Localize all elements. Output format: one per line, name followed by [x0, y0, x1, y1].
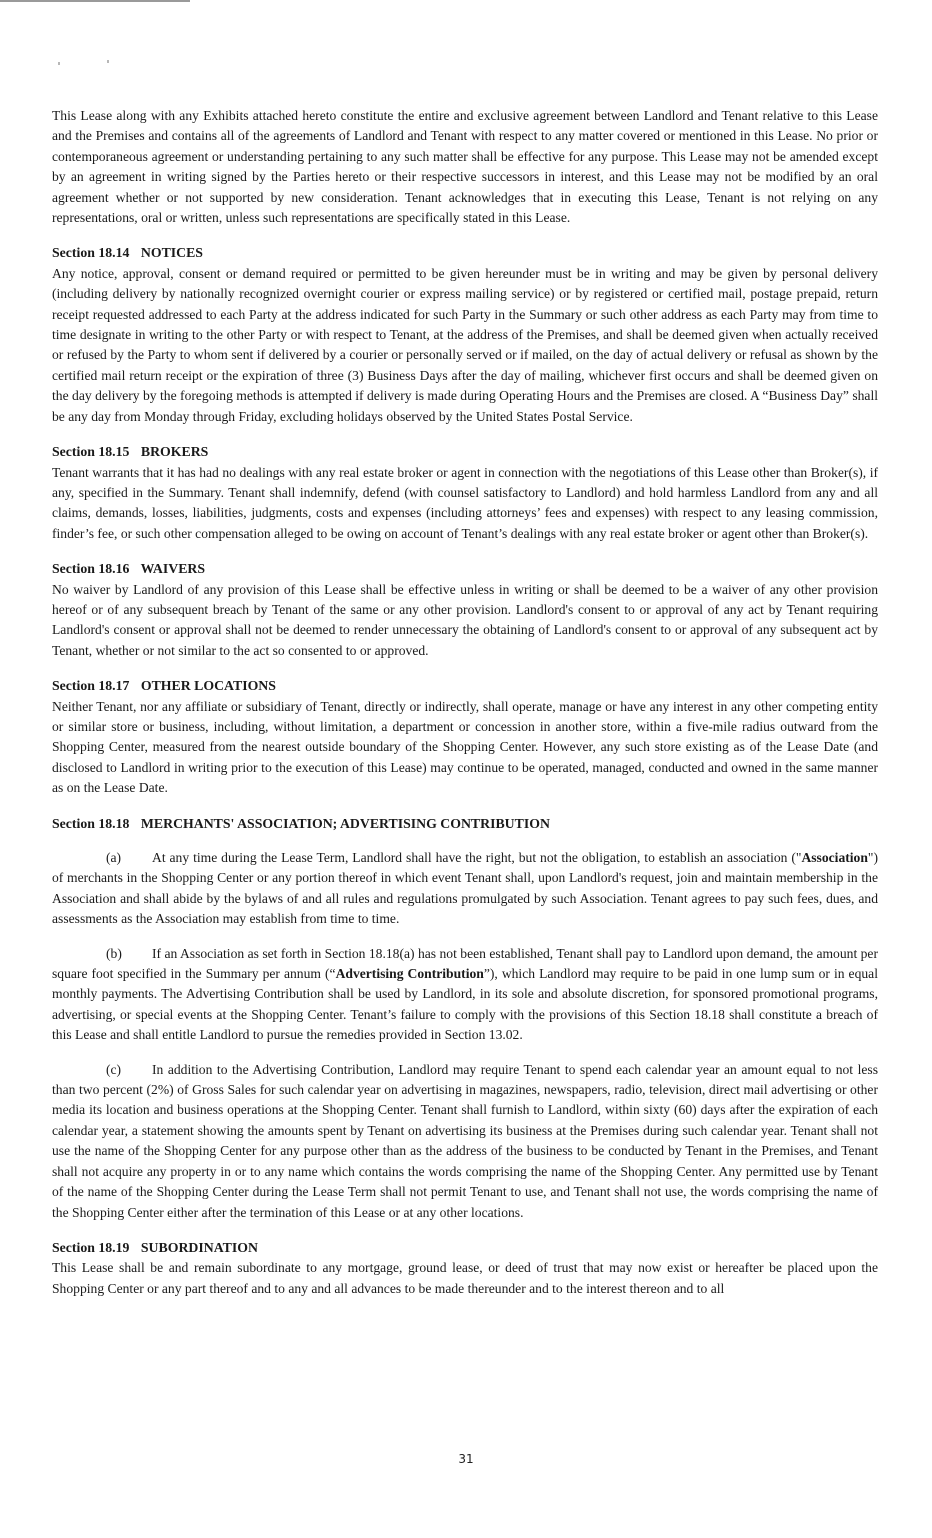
- section-heading: Section 18.19 SUBORDINATION: [52, 1238, 878, 1258]
- section-number: Section 18.18: [52, 816, 129, 831]
- section-body: Neither Tenant, nor any affiliate or sub…: [52, 697, 878, 799]
- section-number: Section 18.16: [52, 561, 129, 576]
- section-title: NOTICES: [141, 245, 203, 260]
- subsection-text: At any time during the Lease Term, Landl…: [152, 850, 801, 865]
- section-body: Tenant warrants that it has had no deali…: [52, 463, 878, 545]
- section-18-17: Section 18.17 OTHER LOCATIONS Neither Te…: [52, 676, 878, 798]
- subsection-c: (c)In addition to the Advertising Contri…: [52, 1060, 878, 1223]
- subsection-a: (a)At any time during the Lease Term, La…: [52, 848, 878, 930]
- subsection-b: (b)If an Association as set forth in Sec…: [52, 944, 878, 1046]
- page-number: 31: [0, 1452, 932, 1466]
- scan-speck: [107, 60, 109, 63]
- section-heading: Section 18.15 BROKERS: [52, 442, 878, 462]
- section-title: WAIVERS: [141, 561, 205, 576]
- section-18-19: Section 18.19 SUBORDINATION This Lease s…: [52, 1238, 878, 1299]
- section-number: Section 18.19: [52, 1240, 129, 1255]
- section-number: Section 18.15: [52, 444, 129, 459]
- scan-edge-line: [0, 0, 190, 2]
- subsection-text: In addition to the Advertising Contribut…: [52, 1062, 878, 1220]
- section-18-18: Section 18.18 MERCHANTS' ASSOCIATION; AD…: [52, 814, 878, 1223]
- section-18-14: Section 18.14 NOTICES Any notice, approv…: [52, 243, 878, 427]
- section-18-16: Section 18.16 WAIVERS No waiver by Landl…: [52, 559, 878, 661]
- section-heading: Section 18.16 WAIVERS: [52, 559, 878, 579]
- section-heading: Section 18.18 MERCHANTS' ASSOCIATION; AD…: [52, 814, 878, 834]
- section-title: SUBORDINATION: [141, 1240, 258, 1255]
- section-number: Section 18.17: [52, 678, 129, 693]
- scan-speck: [58, 62, 60, 65]
- section-title: BROKERS: [141, 444, 208, 459]
- subsection-label: (b): [106, 944, 152, 964]
- document-page: This Lease along with any Exhibits attac…: [52, 106, 878, 1299]
- section-title: OTHER LOCATIONS: [141, 678, 276, 693]
- subsection-label: (a): [106, 848, 152, 868]
- section-heading: Section 18.17 OTHER LOCATIONS: [52, 676, 878, 696]
- defined-term-association: Association: [801, 850, 867, 865]
- section-body: This Lease shall be and remain subordina…: [52, 1258, 878, 1299]
- intro-paragraph: This Lease along with any Exhibits attac…: [52, 106, 878, 228]
- section-title: MERCHANTS' ASSOCIATION; ADVERTISING CONT…: [141, 816, 550, 831]
- section-18-15: Section 18.15 BROKERS Tenant warrants th…: [52, 442, 878, 544]
- subsection-label: (c): [106, 1060, 152, 1080]
- section-number: Section 18.14: [52, 245, 129, 260]
- section-body: Any notice, approval, consent or demand …: [52, 264, 878, 427]
- defined-term-advertising-contribution: Advertising Contribution: [336, 966, 484, 981]
- section-heading: Section 18.14 NOTICES: [52, 243, 878, 263]
- section-body: No waiver by Landlord of any provision o…: [52, 580, 878, 662]
